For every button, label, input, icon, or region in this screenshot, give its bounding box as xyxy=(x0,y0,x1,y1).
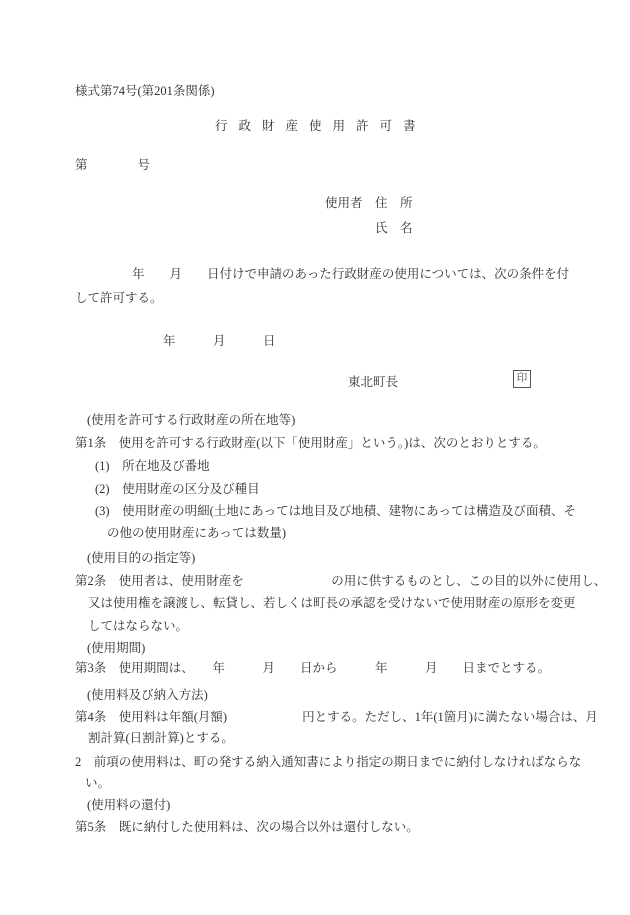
application-date-statement-line2: して許可する。 xyxy=(75,291,163,306)
heading-use-period: (使用期間) xyxy=(87,641,145,656)
article1-item3-line1: (3) 使用財産の明細(土地にあっては地目及び地積、建物にあっては構造及び面積、… xyxy=(95,504,576,519)
article1-item1: (1) 所在地及び番地 xyxy=(95,459,210,474)
article1-item2: (2) 使用財産の区分及び種目 xyxy=(95,482,260,497)
article4-line2: 割計算(日割計算)とする。 xyxy=(88,731,234,746)
heading-use-purpose: (使用目的の指定等) xyxy=(87,551,195,566)
recipient-address-line: 使用者 住 所 xyxy=(325,196,413,211)
heading-property-location: (使用を許可する行政財産の所在地等) xyxy=(87,413,295,428)
application-date-statement-line1: 年 月 日付けで申請のあった行政財産の使用については、次の条件を付 xyxy=(132,267,569,282)
heading-fee-refund: (使用料の還付) xyxy=(87,798,170,813)
article2-line1: 第2条 使用者は、使用財産を の用に供するものとし、この目的以外に使用し、 xyxy=(75,574,606,589)
article2-line3: してはならない。 xyxy=(88,619,188,634)
article5-line1: 第5条 既に納付した使用料は、次の場合以外は還付しない。 xyxy=(75,820,419,835)
document-page: 様式第74号(第201条関係) 行政財産使用許可書 第 号 使用者 住 所 氏 … xyxy=(0,0,630,915)
form-number-note: 様式第74号(第201条関係) xyxy=(75,84,215,99)
inkan-seal-icon: 印 xyxy=(513,370,531,388)
issue-date-line: 年 月 日 xyxy=(163,334,276,349)
article4-paragraph2-line2: い。 xyxy=(85,776,110,791)
recipient-name-line: 氏 名 xyxy=(375,221,413,236)
article4-line1: 第4条 使用料は年額(月額) 円とする。ただし、1年(1箇月)に満たない場合は、… xyxy=(75,710,598,725)
article1-line1: 第1条 使用を許可する行政財産(以下「使用財産」という。)は、次のとおりとする。 xyxy=(75,436,546,451)
article2-line2: 又は使用権を譲渡し、転貸し、若しくは町長の承認を受けないで使用財産の原形を変更 xyxy=(88,596,576,611)
document-number-line: 第 号 xyxy=(75,158,150,173)
article4-paragraph2-line1: 2 前項の使用料は、町の発する納入通知書により指定の期日までに納付しなければなら… xyxy=(75,755,581,770)
issuer-mayor-name: 東北町長 xyxy=(348,375,398,390)
heading-fee-payment: (使用料及び納入方法) xyxy=(87,688,208,703)
document-title: 行政財産使用許可書 xyxy=(215,119,427,134)
article3-line1: 第3条 使用期間は、 年 月 日から 年 月 日までとする。 xyxy=(75,661,550,676)
article1-item3-line2: の他の使用財産にあっては数量) xyxy=(107,526,286,541)
